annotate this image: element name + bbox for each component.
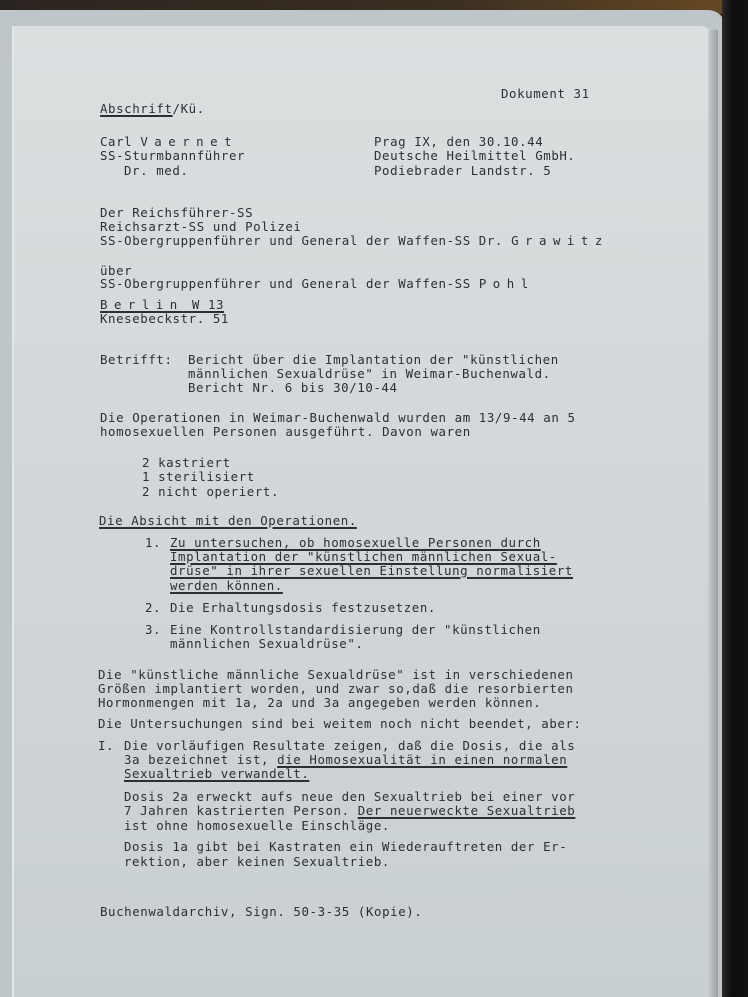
breakdown-item: 2 nicht operiert. bbox=[142, 484, 279, 499]
purpose-1-line: drüse" in ihrer sexuellen Einstellung no… bbox=[170, 563, 573, 578]
recipient-city: Berlin W 13 bbox=[100, 297, 224, 312]
sender-title: Dr. med. bbox=[124, 163, 188, 178]
dose-2a-emphasis: Der neuerweckte Sexualtrieb bbox=[358, 803, 576, 818]
copy-note-label: Abschrift bbox=[100, 101, 173, 116]
recipient-street: Knesebeckstr. 51 bbox=[100, 311, 229, 326]
via-rank: SS-Obergruppenführer und General der Waf… bbox=[100, 276, 479, 291]
dose-2a-line: 7 Jahren kastrierten Person. Der neuerwe… bbox=[124, 803, 575, 818]
company-address: Podiebrader Landstr. 5 bbox=[374, 163, 551, 178]
document-number: Dokument 31 bbox=[501, 86, 590, 101]
recipient-rank: SS-Obergruppenführer und General der Waf… bbox=[100, 233, 511, 248]
intro-line-1: Die Operationen in Weimar-Buchenwald wur… bbox=[100, 410, 576, 425]
breakdown-item: 1 sterilisiert bbox=[142, 469, 255, 484]
sizes-line: Die "künstliche männliche Sexualdrüse" i… bbox=[98, 667, 574, 682]
binder-spine bbox=[722, 0, 748, 997]
purpose-3-line: männlichen Sexualdrüse". bbox=[170, 636, 363, 651]
results-number: I. bbox=[98, 738, 114, 753]
purpose-heading: Die Absicht mit den Operationen. bbox=[99, 513, 357, 528]
subject-label: Betrifft: bbox=[100, 352, 173, 367]
sender-name: Carl Vaernet bbox=[100, 134, 238, 149]
recipient-line-3: SS-Obergruppenführer und General der Waf… bbox=[100, 233, 609, 248]
dose-1a-line: Dosis 1a gibt bei Kastraten ein Wiederau… bbox=[124, 839, 567, 854]
recipient-line-1: Der Reichsführer-SS bbox=[100, 205, 253, 220]
recipient-name: Grawitz bbox=[511, 233, 609, 248]
via-line: SS-Obergruppenführer und General der Waf… bbox=[100, 276, 535, 291]
subject-line-3: Bericht Nr. 6 bis 30/10-44 bbox=[188, 380, 398, 395]
status-paragraph: Die Untersuchungen sind bei weitem noch … bbox=[98, 716, 582, 731]
recipient-line-2: Reichsarzt-SS und Polizei bbox=[100, 219, 302, 234]
sleeve-edge bbox=[708, 30, 718, 997]
city-district: W 13 bbox=[192, 297, 224, 312]
sender-last-name: Vaernet bbox=[140, 134, 238, 149]
company-name: Deutsche Heilmittel GmbH. bbox=[374, 148, 576, 163]
sender-first-name: Carl bbox=[100, 134, 140, 149]
results-line-1: Die vorläufigen Resultate zeigen, daß di… bbox=[124, 738, 575, 753]
breakdown-item: 2 kastriert bbox=[142, 455, 231, 470]
via-name: Pohl bbox=[479, 276, 535, 291]
purpose-1-line: werden können. bbox=[170, 578, 283, 593]
intro-line-2: homosexuellen Personen ausgeführt. Davon… bbox=[100, 424, 471, 439]
dose-2a-text: 7 Jahren kastrierten Person. bbox=[124, 803, 358, 818]
purpose-number: 1. bbox=[145, 535, 161, 550]
dose-2a-line: ist ohne homosexuelle Einschläge. bbox=[124, 818, 390, 833]
subject-line-2: männlichen Sexualdrüse" in Weimar-Buchen… bbox=[188, 366, 551, 381]
dose-2a-line: Dosis 2a erweckt aufs neue den Sexualtri… bbox=[124, 789, 575, 804]
purpose-number: 3. bbox=[145, 622, 161, 637]
copy-note: Abschrift/Kü. bbox=[100, 101, 205, 116]
purpose-2-line: Die Erhaltungsdosis festzusetzen. bbox=[170, 600, 436, 615]
purpose-1-line: Implantation der "künstlichen männlichen… bbox=[170, 549, 557, 564]
sizes-line: Größen implantiert worden, und zwar so,d… bbox=[98, 681, 574, 696]
place-date: Prag IX, den 30.10.44 bbox=[374, 134, 543, 149]
copy-note-initials: /Kü. bbox=[173, 101, 205, 116]
source-citation: Buchenwaldarchiv, Sign. 50-3-35 (Kopie). bbox=[100, 904, 422, 919]
purpose-number: 2. bbox=[145, 600, 161, 615]
results-emphasis: die Homosexualität in einen normalen bbox=[277, 752, 567, 767]
results-line-3: Sexualtrieb verwandelt. bbox=[124, 766, 309, 781]
city-name: Berlin bbox=[100, 297, 184, 312]
dose-1a-line: rektion, aber keinen Sexualtrieb. bbox=[124, 854, 390, 869]
purpose-3-line: Eine Kontrollstandardisierung der "künst… bbox=[170, 622, 541, 637]
sizes-line: Hormonmengen mit 1a, 2a und 3a angegeben… bbox=[98, 695, 541, 710]
results-text: 3a bezeichnet ist, bbox=[124, 752, 277, 767]
results-line-2: 3a bezeichnet ist, die Homosexualität in… bbox=[124, 752, 567, 767]
subject-line-1: Bericht über die Implantation der "künst… bbox=[188, 352, 559, 367]
sender-rank: SS-Sturmbannführer bbox=[100, 148, 245, 163]
purpose-1-line: Zu untersuchen, ob homosexuelle Personen… bbox=[170, 535, 541, 550]
